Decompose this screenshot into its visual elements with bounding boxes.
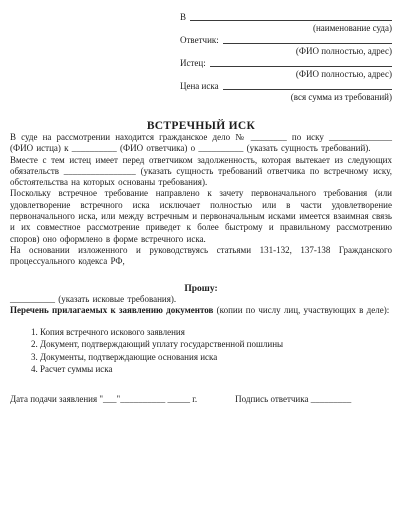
page-title: ВСТРЕЧНЫЙ ИСК bbox=[10, 120, 392, 132]
claim-price-group: Цена иска (вся сумма из требований) bbox=[180, 81, 392, 103]
attachment-item: Документ, подтверждающий уплату государс… bbox=[40, 339, 392, 350]
claim-price-blank-line bbox=[223, 81, 392, 90]
court-group: В (наименование суда) bbox=[180, 12, 392, 34]
plaintiff-row: Истец: bbox=[180, 58, 392, 69]
header-block: В (наименование суда) Ответчик: (ФИО пол… bbox=[180, 12, 392, 103]
attachments-heading-bold: Перечень прилагаемых к заявлению докумен… bbox=[10, 305, 213, 315]
claim-price-label: Цена иска bbox=[180, 81, 219, 92]
footer: Дата подачи заявления "___"__________ __… bbox=[10, 394, 392, 405]
paragraph-legal-basis: На основании изложенного и руководствуяс… bbox=[10, 245, 392, 268]
paragraph-case-info: В суде на рассмотрении находится граждан… bbox=[10, 132, 392, 155]
paragraph-debt-basis: Вместе с тем истец имеет перед ответчико… bbox=[10, 155, 392, 189]
respondent-blank-line bbox=[223, 35, 392, 44]
court-label: В bbox=[180, 12, 186, 23]
plaintiff-group: Истец: (ФИО полностью, адрес) bbox=[180, 58, 392, 80]
court-blank-line bbox=[190, 12, 392, 21]
request-heading: Прошу: bbox=[10, 284, 392, 294]
filing-date-line: Дата подачи заявления "___"__________ __… bbox=[10, 394, 197, 405]
plaintiff-label: Истец: bbox=[180, 58, 206, 69]
court-hint: (наименование суда) bbox=[180, 23, 392, 34]
document-page: В (наименование суда) Ответчик: (ФИО пол… bbox=[0, 0, 400, 525]
respondent-group: Ответчик: (ФИО полностью, адрес) bbox=[180, 35, 392, 57]
plaintiff-blank-line bbox=[210, 58, 392, 67]
attachments-list: Копия встречного искового заявления Доку… bbox=[10, 327, 392, 375]
respondent-hint: (ФИО полностью, адрес) bbox=[180, 46, 392, 57]
attachment-item: Расчет суммы иска bbox=[40, 364, 392, 375]
respondent-row: Ответчик: bbox=[180, 35, 392, 46]
claim-price-row: Цена иска bbox=[180, 81, 392, 92]
paragraph-counterclaim-grounds: Поскольку встречное требование направлен… bbox=[10, 188, 392, 244]
attachments-heading: Перечень прилагаемых к заявлению докумен… bbox=[10, 305, 392, 316]
respondent-label: Ответчик: bbox=[180, 35, 219, 46]
attachments-heading-rest: (копии по числу лиц, участвующих в деле)… bbox=[213, 305, 389, 315]
respondent-signature-line: Подпись ответчика _________ bbox=[235, 394, 351, 405]
claim-price-hint: (вся сумма из требований) bbox=[180, 92, 392, 103]
attachment-item: Копия встречного искового заявления bbox=[40, 327, 392, 338]
request-blank-line: __________ (указать исковые требования). bbox=[10, 294, 392, 305]
attachment-item: Документы, подтверждающие основания иска bbox=[40, 352, 392, 363]
plaintiff-hint: (ФИО полностью, адрес) bbox=[180, 69, 392, 80]
court-row: В bbox=[180, 12, 392, 23]
